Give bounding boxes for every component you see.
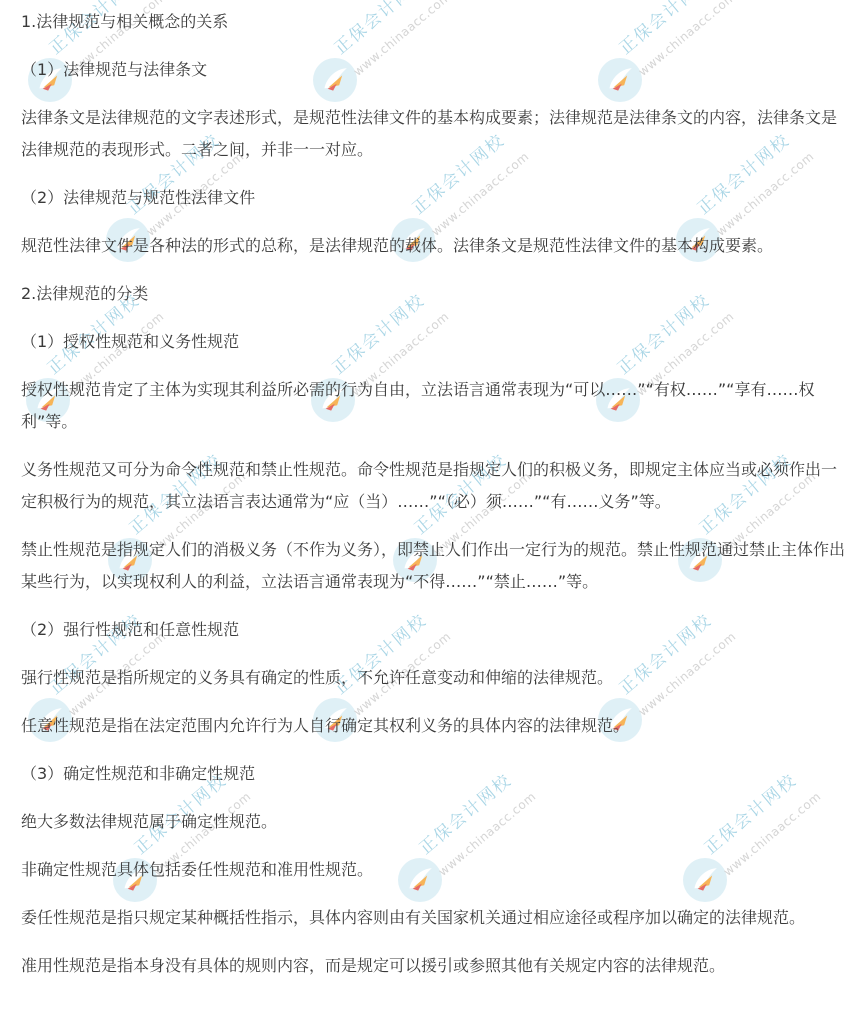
body-paragraph-2: 规范性法律文件是各种法的形式的总称，是法律规范的载体。法律条文是规范性法律文件的… — [21, 230, 845, 262]
body-paragraph-5: 禁止性规范是指规定人们的消极义务（不作为义务），即禁止人们作出一定行为的规范。禁… — [21, 534, 845, 598]
document-page: 正保会计网校www.chinaacc.com正保会计网校www.chinaacc… — [0, 0, 865, 1012]
body-paragraph-8: 绝大多数法律规范属于确定性规范。 — [21, 806, 845, 838]
subheading-2-3: （3）确定性规范和非确定性规范 — [21, 758, 845, 790]
body-paragraph-7: 任意性规范是指在法定范围内允许行为人自行确定其权利义务的具体内容的法律规范。 — [21, 710, 845, 742]
subheading-1-1: （1）法律规范与法律条文 — [21, 54, 845, 86]
body-paragraph-4: 义务性规范又可分为命令性规范和禁止性规范。命令性规范是指规定人们的积极义务，即规… — [21, 454, 845, 518]
body-paragraph-10: 委任性规范是指只规定某种概括性指示，具体内容则由有关国家机关通过相应途径或程序加… — [21, 902, 845, 934]
subheading-1-2: （2）法律规范与规范性法律文件 — [21, 182, 845, 214]
body-paragraph-9: 非确定性规范具体包括委任性规范和准用性规范。 — [21, 854, 845, 886]
body-paragraph-6: 强行性规范是指所规定的义务具有确定的性质，不允许任意变动和伸缩的法律规范。 — [21, 662, 845, 694]
body-paragraph-3: 授权性规范肯定了主体为实现其利益所必需的行为自由，立法语言通常表现为“可以……”… — [21, 374, 845, 438]
subheading-2-1: （1）授权性规范和义务性规范 — [21, 326, 845, 358]
body-paragraph-1: 法律条文是法律规范的文字表述形式，是规范性法律文件的基本构成要素；法律规范是法律… — [21, 102, 845, 166]
subheading-2-2: （2）强行性规范和任意性规范 — [21, 614, 845, 646]
section-heading-2: 2.法律规范的分类 — [21, 278, 845, 310]
document-content: 1.法律规范与相关概念的关系 （1）法律规范与法律条文 法律条文是法律规范的文字… — [0, 0, 865, 982]
body-paragraph-11: 准用性规范是指本身没有具体的规则内容，而是规定可以援引或参照其他有关规定内容的法… — [21, 950, 845, 982]
section-heading-1: 1.法律规范与相关概念的关系 — [21, 6, 845, 38]
